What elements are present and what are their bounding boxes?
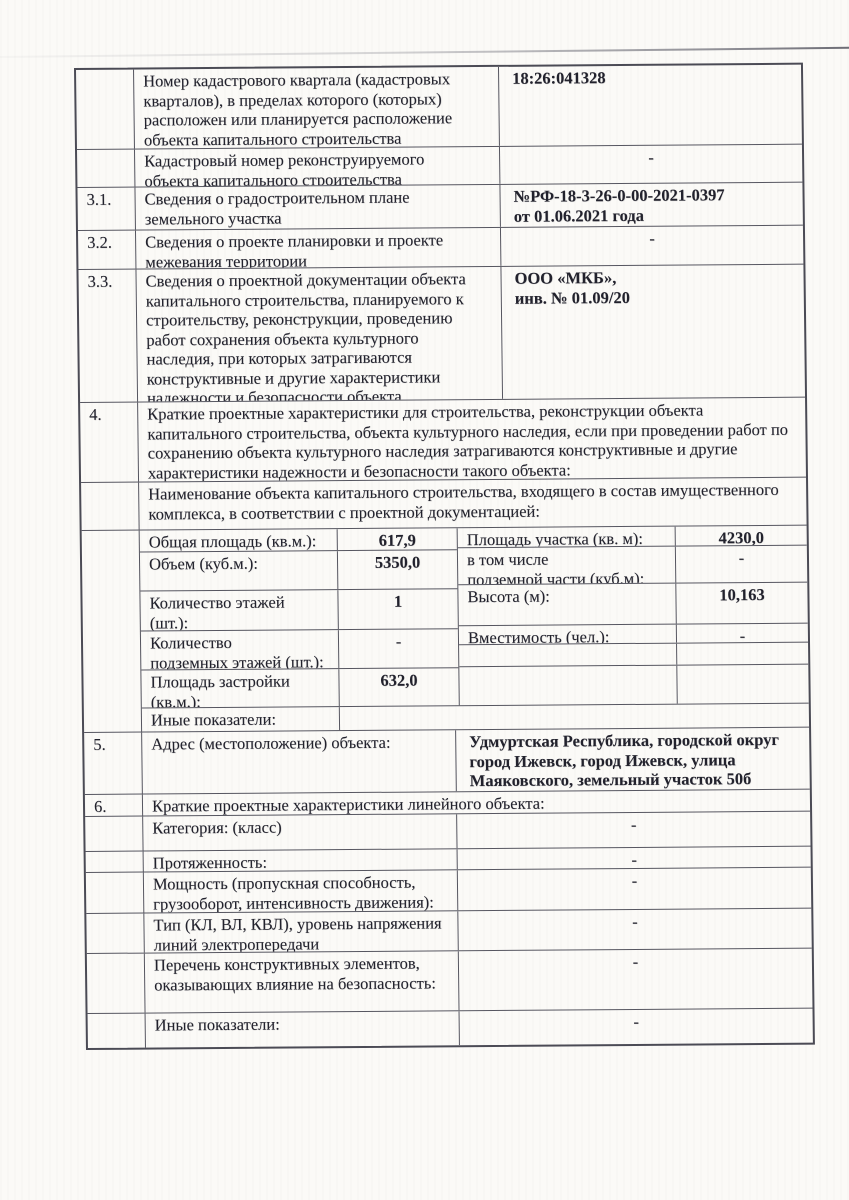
row-number-cell <box>87 954 146 1013</box>
row-structural-elements: Перечень конструктивных элементов, оказы… <box>87 948 813 1013</box>
value-cell <box>340 704 809 731</box>
row-number-cell: 3.2. <box>78 231 136 269</box>
characteristics-left-column: Общая площадь (кв.м.): 617,9 Объем (куб.… <box>140 528 460 707</box>
label-cell <box>459 644 677 667</box>
label-cell: Количество подземных этажей (шт.): <box>141 630 339 669</box>
label-cell <box>459 666 677 706</box>
label-cell: Сведения о проекте планировки и проекте … <box>136 228 501 269</box>
label-cell: Объем (куб.м.): <box>140 551 338 590</box>
row-number-cell <box>88 1014 146 1048</box>
row-3-3: 3.3. Сведения о проектной документации о… <box>78 264 805 402</box>
row-number-cell <box>76 70 135 149</box>
value-cell: №РФ-18-3-26-0-00-2021-0397 от 01.06.2021… <box>500 183 802 227</box>
table-row: Высота (м): 10,163 <box>458 582 807 626</box>
label-cell: Категория: (класс) <box>143 814 457 850</box>
row-number-cell: 6. <box>85 795 143 816</box>
row-reconstructed-cadastral-number: Кадастровый номер реконструируемого объе… <box>77 144 802 187</box>
label-cell: Общая площадь (кв.м.): <box>140 529 338 551</box>
row-number-cell: 3.1. <box>77 188 136 230</box>
row-other-indicators-linear: Иные показатели: - <box>88 1008 813 1048</box>
scanned-document-page: Номер кадастрового квартала (кадастровых… <box>0 0 849 1200</box>
row-number-cell <box>81 483 140 530</box>
row-number-cell <box>86 852 144 872</box>
label-cell: Мощность (пропускная способность, грузоо… <box>144 870 458 912</box>
value-cell: 18:26:041328 <box>499 65 802 146</box>
value-cell: - <box>339 629 458 668</box>
value-cell: Удмуртская Республика, городской округ г… <box>456 728 810 792</box>
table-row: Количество этажей (шт.): 1 <box>140 588 457 630</box>
characteristics-right-column: Площадь участка (кв. м): 4230,0 в том чи… <box>458 526 809 706</box>
section-4-subheader-text: Наименование объекта капитального строит… <box>139 478 807 530</box>
label-cell: Перечень конструктивных элементов, оказы… <box>145 951 460 1012</box>
label-cell: Сведения о проектной документации объект… <box>136 267 503 402</box>
row-number-cell <box>86 873 144 913</box>
row-4-subheader: Наименование объекта капитального строит… <box>81 477 807 530</box>
row-4-header: 4. Краткие проектные характеристики для … <box>80 397 806 482</box>
row-category: Категория: (класс) - <box>85 811 810 851</box>
table-row: Вместимость (чел.): - <box>459 623 808 645</box>
table-row: Объем (куб.м.): 5350,0 <box>140 549 457 590</box>
table-row: Площадь застройки (кв.м.): 632,0 <box>141 667 458 707</box>
row-characteristics: Общая площадь (кв.м.): 617,9 Объем (куб.… <box>82 525 809 732</box>
row-cadastral-quarter: Номер кадастрового квартала (кадастровых… <box>76 65 802 149</box>
label-cell: в том числе подземной части (куб.м): <box>458 547 676 585</box>
label-cell: Адрес (местоположение) объекта: <box>142 730 457 793</box>
value-cell <box>677 643 808 665</box>
permit-details-table: Номер кадастрового квартала (кадастровых… <box>74 63 815 1050</box>
value-cell: - <box>500 145 802 184</box>
value-cell <box>677 665 808 704</box>
value-cell: - <box>677 624 808 643</box>
characteristics-main: Общая площадь (кв.м.): 617,9 Объем (куб.… <box>140 526 809 708</box>
value-cell: 5350,0 <box>338 550 457 589</box>
value-cell: - <box>457 812 810 849</box>
value-cell: - <box>458 909 811 951</box>
value-cell: - <box>460 1009 813 1046</box>
label-cell: Площадь участка (кв. м): <box>458 527 676 548</box>
row-number-cell: 5. <box>84 733 143 794</box>
table-row: в том числе подземной части (куб.м): - <box>458 545 807 585</box>
row-capacity: Мощность (пропускная способность, грузоо… <box>86 867 811 913</box>
table-row: Количество подземных этажей (шт.): - <box>141 628 458 669</box>
value-cell: 632,0 <box>339 668 458 706</box>
scanner-artifact-line <box>0 47 849 58</box>
value-cell: - <box>676 546 807 583</box>
table-row: Общая площадь (кв.м.): 617,9 <box>140 528 457 551</box>
row-line-type: Тип (КЛ, ВЛ, КВЛ), уровень напряжения ли… <box>86 908 811 953</box>
table-row <box>459 642 808 667</box>
value-cell: 1 <box>338 589 457 629</box>
label-cell: Кадастровый номер реконструируемого объе… <box>135 147 500 187</box>
row-number-cell <box>82 531 142 732</box>
label-cell: Сведения о градостроительном плане земел… <box>135 185 500 230</box>
value-cell: - <box>458 868 811 911</box>
label-cell: Протяженность: <box>144 849 458 871</box>
label-cell: Иные показатели: <box>146 1011 460 1047</box>
value-cell: 4230,0 <box>676 526 807 546</box>
label-cell: Вместимость (чел.): <box>459 625 677 645</box>
row-number-cell <box>85 817 143 851</box>
value-cell: - <box>459 949 813 1011</box>
label-cell: Тип (КЛ, ВЛ, КВЛ), уровень напряжения ли… <box>144 911 458 952</box>
label-cell: Количество этажей (шт.): <box>140 590 338 630</box>
label-cell: Высота (м): <box>458 584 676 626</box>
value-cell: 617,9 <box>338 528 457 550</box>
section-4-header-text: Краткие проектные характеристики для стр… <box>138 398 806 482</box>
value-cell: - <box>501 226 803 266</box>
value-cell: 10,163 <box>676 583 807 624</box>
row-3-1: 3.1. Сведения о градостроительном плане … <box>77 182 802 230</box>
table-row: Площадь участка (кв. м): 4230,0 <box>458 526 807 548</box>
row-number-cell <box>86 914 144 953</box>
label-cell: Иные показатели: <box>142 707 340 732</box>
row-number-cell: 4. <box>80 403 139 482</box>
label-cell: Номер кадастрового квартала (кадастровых… <box>134 67 500 149</box>
value-cell: - <box>458 847 811 870</box>
row-5-address: 5. Адрес (местоположение) объекта: Удмур… <box>84 727 810 794</box>
value-cell: ООО «МКБ», инв. № 01.09/20 <box>501 265 805 399</box>
label-cell: Площадь застройки (кв.м.): <box>141 669 339 707</box>
table-row <box>459 664 808 706</box>
characteristics-grid: Общая площадь (кв.м.): 617,9 Объем (куб.… <box>140 526 809 732</box>
row-number-cell <box>77 150 135 187</box>
row-3-2: 3.2. Сведения о проекте планировки и про… <box>78 225 803 269</box>
row-number-cell: 3.3. <box>78 270 138 402</box>
